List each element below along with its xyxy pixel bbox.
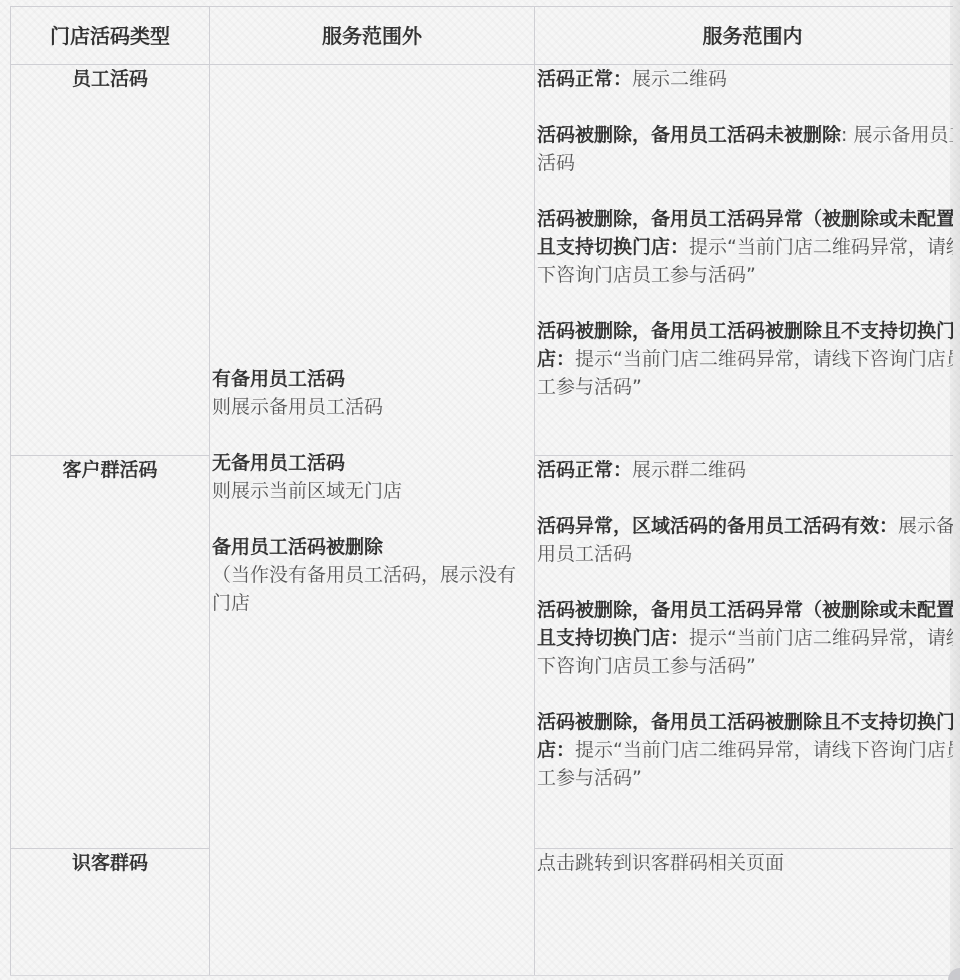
outside-title: 无备用员工活码 <box>212 449 532 477</box>
table-bottom-border <box>10 975 953 976</box>
inside-scope-cell: 活码正常：展示二维码 活码被删除，备用员工活码未被删除: 展示备用员工活码 活码… <box>535 65 954 456</box>
outside-scope-cell: 有备用员工活码 则展示备用员工活码 无备用员工活码 则展示当前区域无门店 备用员… <box>210 65 535 976</box>
outside-block: 有备用员工活码 则展示备用员工活码 <box>212 365 532 421</box>
rule-condition: 活码被删除，备用员工活码未被删除 <box>537 124 841 146</box>
outside-desc: （当作没有备用员工活码，展示没有门店 <box>212 561 532 617</box>
rule-condition: 活码正常： <box>537 68 632 90</box>
outside-title: 备用员工活码被删除 <box>212 533 532 561</box>
rule-item: 活码异常，区域活码的备用员工活码有效：展示备用员工活码 <box>537 512 953 568</box>
inside-scope-cell: 活码正常：展示群二维码 活码异常，区域活码的备用员工活码有效：展示备用员工活码 … <box>535 456 954 849</box>
rule-result: 提示“当前门店二维码异常，请线下咨询门店员工参与活码” <box>537 348 953 398</box>
rule-item: 活码被删除，备用员工活码被删除且不支持切换门店：提示“当前门店二维码异常，请线下… <box>537 317 953 401</box>
qrcode-scope-table: 门店活码类型 服务范围外 服务范围内 员工活码 有备用员工活码 则展示备用员工活… <box>10 6 953 976</box>
header-outside-scope: 服务范围外 <box>210 7 535 65</box>
rule-item: 活码正常：展示二维码 <box>537 65 953 93</box>
header-type: 门店活码类型 <box>11 7 210 65</box>
table-row: 员工活码 有备用员工活码 则展示备用员工活码 无备用员工活码 则展示当前区域无门… <box>11 65 954 456</box>
rule-item: 活码被删除，备用员工活码异常（被删除或未配置）且支持切换门店：提示“当前门店二维… <box>537 596 953 680</box>
document-viewport: 门店活码类型 服务范围外 服务范围内 员工活码 有备用员工活码 则展示备用员工活… <box>0 0 953 976</box>
rule-item: 活码正常：展示群二维码 <box>537 456 953 484</box>
rule-item: 活码被删除，备用员工活码未被删除: 展示备用员工活码 <box>537 121 953 177</box>
type-cell: 客户群活码 <box>11 456 210 849</box>
rule-result: 展示二维码 <box>632 68 727 90</box>
table-header-row: 门店活码类型 服务范围外 服务范围内 <box>11 7 954 65</box>
header-inside-scope: 服务范围内 <box>535 7 954 65</box>
rule-item: 活码被删除，备用员工活码异常（被删除或未配置）且支持切换门店：提示“当前门店二维… <box>537 205 953 289</box>
outside-desc: 则展示当前区域无门店 <box>212 477 532 505</box>
inside-scope-cell: 点击跳转到识客群码相关页面 <box>535 849 954 976</box>
rule-result: 提示“当前门店二维码异常，请线下咨询门店员工参与活码” <box>537 739 953 789</box>
outside-title: 有备用员工活码 <box>212 365 532 393</box>
outside-block: 备用员工活码被删除 （当作没有备用员工活码，展示没有门店 <box>212 533 532 617</box>
rule-condition: 活码异常，区域活码的备用员工活码有效： <box>537 515 898 537</box>
type-cell: 员工活码 <box>11 65 210 456</box>
rule-item: 活码被删除，备用员工活码被删除且不支持切换门店：提示“当前门店二维码异常，请线下… <box>537 708 953 792</box>
type-cell: 识客群码 <box>11 849 210 976</box>
rule-condition: 活码正常： <box>537 459 632 481</box>
scroll-edge-shadow <box>950 0 960 980</box>
outside-block: 无备用员工活码 则展示当前区域无门店 <box>212 449 532 505</box>
outside-desc: 则展示备用员工活码 <box>212 393 532 421</box>
rule-result: 展示群二维码 <box>632 459 746 481</box>
